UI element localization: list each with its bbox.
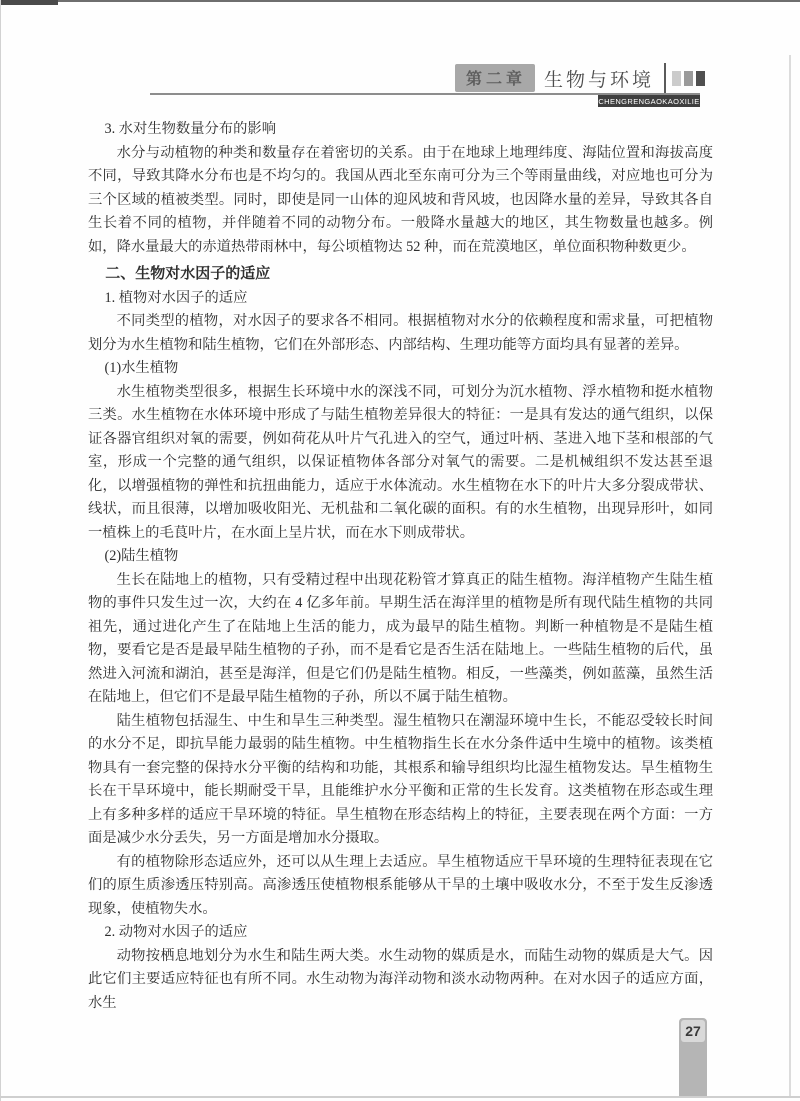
deco-squares-icon: [672, 71, 705, 86]
paragraph: 有的植物除形态适应外，还可以从生理上去适应。旱生植物适应干旱环境的生理特征表现在…: [88, 851, 713, 922]
chapter-title: 生物与环境: [544, 65, 654, 92]
paragraph: 水分与动植物的种类和数量存在着密切的关系。由于在地球上地理纬度、海陆位置和海拔高…: [88, 142, 713, 260]
header-divider: [664, 63, 666, 94]
sub-heading: 3. 水对生物数量分布的影响: [88, 118, 713, 142]
paragraph: 不同类型的植物，对水因子的要求各不相同。根据植物对水分的依赖程度和需求量，可把植…: [88, 310, 713, 357]
scan-edge-bottom: [0, 1096, 800, 1098]
series-label: CHENGRENGAOKAOXILIE: [598, 95, 700, 107]
sub-heading: 2. 动物对水因子的适应: [88, 921, 713, 945]
book-page-scan: 第二章 生物与环境 CHENGRENGAOKAOXILIE 3. 水对生物数量分…: [0, 0, 800, 1101]
paragraph: 陆生植物包括湿生、中生和旱生三种类型。湿生植物只在潮湿环境中生长，不能忍受较长时…: [88, 710, 713, 851]
scan-edge-right: [789, 55, 791, 1097]
paragraph: 水生植物类型很多，根据生长环境中水的深浅不同，可划分为沉水植物、浮水植物和挺水植…: [88, 381, 713, 546]
chapter-badge: 第二章: [455, 64, 535, 92]
page-number-bar: 27: [679, 1018, 707, 1096]
sub-heading: 1. 植物对水因子的适应: [88, 287, 713, 311]
paragraph: 动物按栖息地划分为水生和陆生两大类。水生动物的媒质是水，而陆生动物的媒质是大气。…: [88, 945, 713, 1016]
page-number: 27: [681, 1020, 705, 1042]
scan-edge-left: [0, 0, 1, 1101]
sub-heading: (2)陆生植物: [88, 545, 713, 569]
scan-edge-top-corner: [0, 0, 58, 5]
scan-edge-top: [0, 0, 800, 2]
page-content: 3. 水对生物数量分布的影响 水分与动植物的种类和数量存在着密切的关系。由于在地…: [88, 118, 713, 1015]
section-heading: 二、生物对水因子的适应: [88, 262, 713, 286]
chapter-header: 第二章 生物与环境: [0, 62, 705, 94]
paragraph: 生长在陆地上的植物，只有受精过程中出现花粉管才算真正的陆生植物。海洋植物产生陆生…: [88, 569, 713, 710]
sub-heading: (1)水生植物: [88, 357, 713, 381]
